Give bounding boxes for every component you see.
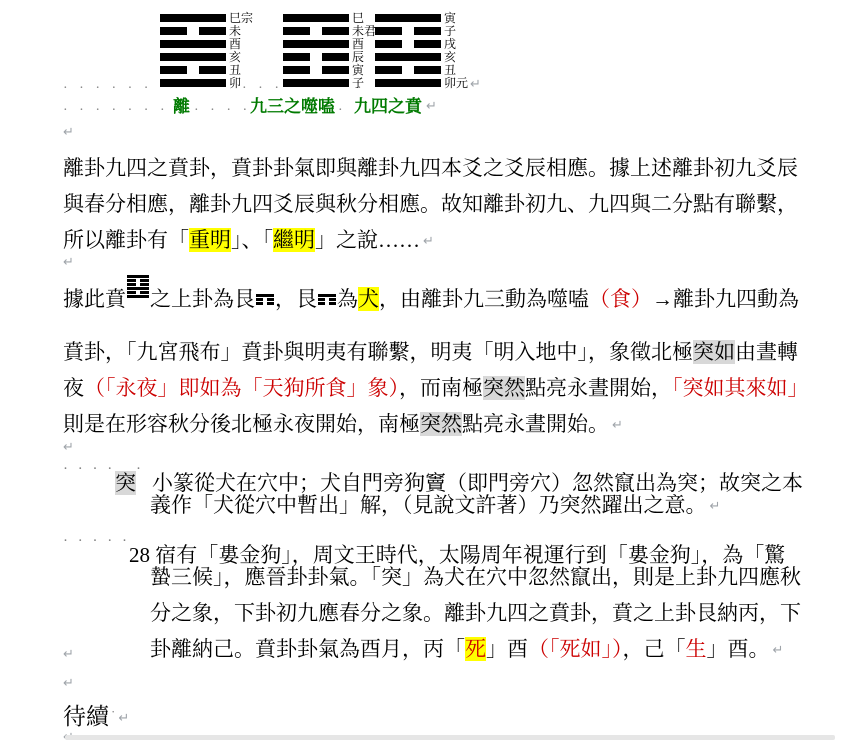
hexagram-line-label: 辰 [352,51,364,63]
text-run: 分之象，下卦初九應春分之象。離卦九四之賁卦，賁之上卦艮納丙，下 [150,601,801,625]
figure-caption: 九四之賁 [354,98,422,116]
glyph-row [127,275,149,278]
tab-leader-dots: · · · · · · · · · · · · · · · · · · · · [357,82,371,96]
hexagram-line-solid [160,14,226,22]
hexagram-line-solid [375,53,441,61]
page-bottom-edge [65,735,835,740]
text-run: 離卦九四之賁卦，賁卦卦氣即與離卦九四本爻之爻辰相應。據上述離卦初九爻辰 [63,156,798,180]
hexagram-line-broken [375,27,402,35]
hexagram-line-solid [375,79,441,87]
glyph-row [256,294,274,297]
glyph-row [127,283,149,286]
text-run: 」之說…… [315,228,420,252]
hexagram-line-label: 亥 [444,51,456,63]
tab-leader-dots: · · · · · · · · · · · · · · · · · · · · [63,82,155,96]
hexagram-line-label: 丑 [229,64,241,76]
hexagram-line-solid [375,14,441,22]
hexagram-line-broken [322,66,349,74]
text-run: 點亮永晝開始， [525,376,672,400]
hexagram-line-label: 酉 [229,38,241,50]
hexagram-line-broken [160,66,187,74]
text-run: 突然 [483,376,525,400]
hexagram-line-label: 寅 [352,64,364,76]
text-run: 待續 [63,704,109,729]
hexagram-line-label: 子 [444,25,456,37]
text-run: 繼明 [273,228,315,252]
hexagram-line-label: 酉 [352,38,364,50]
inline-trigram-gen-icon [256,294,274,305]
text-run: 突然 [420,412,462,436]
hexagram-line-label: 戌 [444,38,456,50]
figure-caption: 離 [173,98,190,116]
hexagram-line-label: 未 [229,25,241,37]
hexagram-line-solid [160,53,226,61]
hexagram-line-solid [283,79,349,87]
text-run: 所以離卦有「 [63,228,189,252]
glyph-row [127,287,149,290]
hexagram-line-broken [375,40,402,48]
text-run: ，而南極 [399,376,483,400]
hexagram-line-label: 巳宗 [229,12,253,24]
text-run: 則是在形容秋分後北極永夜開始，南極 [63,412,420,436]
hexagram-line-broken [322,27,349,35]
document-page[interactable]: 巳宗未酉亥丑卯離巳未君酉辰寅子九三之噬嗑寅子戌亥丑卯元九四之賁· · · · ·… [0,0,855,740]
pilcrow-icon: ↵ [710,499,721,514]
text-run: 蟄三候」，應晉卦卦氣。「突」為犬在穴中忽然竄出，則是上卦九四應秋 [150,565,801,589]
paragraph: · · · · · · · ·28 宿有「婁金狗」，周文王時代，太陽周年視運行到… [63,523,823,667]
text-run: 點亮永晝開始。 [462,412,609,436]
text-line: 分之象，下卦初九應春分之象。離卦九四之賁卦，賁之上卦艮納丙，下 [63,595,823,631]
paragraph: 離卦九四之賁卦，賁卦卦氣即與離卦九四本爻之爻辰相應。據上述離卦初九爻辰與春分相應… [63,150,823,258]
glyph-row [127,295,149,298]
hexagram-line-label: 寅 [444,12,456,24]
text-line: · · · · · · · ·28 宿有「婁金狗」，周文王時代，太陽周年視運行到… [63,523,823,559]
text-line: 夜（「永夜」即如為「天狗所食」象），而南極突然點亮永晝開始，「突如其來如」 [63,370,823,406]
hexagram-line-broken [283,27,310,35]
text-line: 離卦九四之賁卦，賁卦卦氣即與離卦九四本爻之爻辰相應。據上述離卦初九爻辰 [63,150,823,186]
text-run: （食） [589,287,652,311]
tab-leader-dots: · · · · · · · · · · · · · · · · · · · · [194,104,246,118]
text-run: ，艮 [275,287,317,311]
hexagram-line-solid [283,14,349,22]
text-run: 突 [115,471,136,495]
text-run: 之上卦為艮 [150,287,255,311]
hexagram-line-broken [283,53,310,61]
hexagram-line-label: 卯元 [444,77,468,89]
text-run: 「突如其來如」 [672,376,809,400]
hexagram-line-label: 亥 [229,51,241,63]
text-line: 蟄三候」，應晉卦卦氣。「突」為犬在穴中忽然竄出，則是上卦九四應秋 [63,559,823,595]
text-run: 卦離納己。賁卦卦氣為酉月，丙「 [150,637,465,661]
hexagram-line-broken [414,27,441,35]
text-run: 義作「犬從穴中暫出」解，（見說文許著）乃突然躍出之意。 [150,493,707,517]
glyph-row [256,302,274,305]
leader-dots: · · [136,451,152,487]
text-run: 為 [337,287,358,311]
hexagram-line-broken [160,27,187,35]
leader-dots: · · · · [63,451,115,487]
text-run: 生 [686,637,707,661]
empty-paragraph-mark: ↵ [63,126,74,139]
text-line: 則是在形容秋分後北極永夜開始，南極突然點亮永晝開始。↵ [63,406,823,442]
tab-leader-dots: · · · · · · · · · · · · · · · · · · · · [242,82,278,96]
text-run: 與春分相應，離卦九四爻辰與秋分相應。故知離卦初九、九四與二分點有聯繫， [63,192,798,216]
text-run: 夜 [63,376,84,400]
text-line: 卦離納己。賁卦卦氣為酉月，丙「死」酉（「死如」），己「生」酉。↵ [63,631,823,667]
pilcrow-icon: ↵ [773,643,784,658]
text-run: 」、「 [231,228,273,252]
hexagram-line-label: 未君 [352,25,376,37]
pilcrow-icon: ↵ [470,78,481,91]
figure-caption: 九三之噬嗑 [250,98,335,116]
hexagram-line-solid [160,40,226,48]
text-run: 犬 [358,287,379,311]
hexagram-line-solid [160,79,226,87]
inline-trigram-gen-icon [318,294,336,305]
text-run: 賁卦，「九宮飛布」賁卦與明夷有聯繫，明夷「明入地中」，象徵北極 [63,340,693,364]
hexagram-line-label: 巳 [352,12,364,24]
glyph-row [127,291,149,294]
hexagram-line-broken [199,27,226,35]
text-run: 據此賁 [63,287,126,311]
text-run: 死 [465,637,486,661]
text-run: 」酉。 [707,637,770,661]
hexagram-line-broken [375,66,402,74]
hexagram-line-broken [283,66,310,74]
pilcrow-icon: ↵ [423,234,434,249]
text-line: 賁卦，「九宮飛布」賁卦與明夷有聯繫，明夷「明入地中」，象徵北極突如由晝轉 [63,334,823,370]
empty-paragraph-mark: ↵ [63,648,74,661]
hexagram-line-label: 卯 [229,77,241,89]
tab-leader-dots: · · · · · · · · · · · · · · · · · · · · [63,104,169,118]
text-run: （「死如」） [528,637,623,661]
hexagram-line-broken [322,53,349,61]
text-line: 義作「犬從穴中暫出」解，（見說文許著）乃突然躍出之意。↵ [63,487,823,523]
glyph-row [256,298,274,301]
inline-hexagram-bi-icon [127,275,149,299]
text-run: ，由離卦九三動為噬嗑 [379,287,589,311]
glyph-row [318,294,336,297]
hexagram-line-broken [199,66,226,74]
pilcrow-icon: ↵ [118,711,129,726]
text-run: 」酉 [486,637,528,661]
hexagram-line-label: 丑 [444,64,456,76]
paragraph: · · · ·突· ·小篆從犬在穴中；犬自門旁狗竇（即門旁穴）忽然竄出為突；故突… [63,451,823,523]
empty-paragraph-mark: ↵ [63,677,74,690]
glyph-row [318,302,336,305]
pilcrow-icon: ↵ [426,100,437,113]
text-line: 與春分相應，離卦九四爻辰與秋分相應。故知離卦初九、九四與二分點有聯繫， [63,186,823,222]
text-run: · [111,704,115,719]
paragraph: 據此賁之上卦為艮，艮為犬，由離卦九三動為噬嗑（食）→離卦九四動為賁卦，「九宮飛布… [63,270,823,442]
text-run: （「永夜」即如為「天狗所食」象） [84,376,399,400]
glyph-row [318,298,336,301]
hexagram-line-broken [414,66,441,74]
text-line: 據此賁之上卦為艮，艮為犬，由離卦九三動為噬嗑（食）→離卦九四動為 [63,270,823,334]
tab-leader-dots: · · · · · · · · · · · · · · · · · · · · [338,104,352,118]
leader-dots: · · · · · · · · [63,523,129,559]
pilcrow-icon: ↵ [612,418,623,433]
text-run: 突如 [693,340,735,364]
text-line: 待續·↵ [63,692,823,728]
text-line: 所以離卦有「重明」、「繼明」之說……↵ [63,222,823,258]
text-run: 重明 [189,228,231,252]
text-line: · · · ·突· ·小篆從犬在穴中；犬自門旁狗竇（即門旁穴）忽然竄出為突；故突… [63,451,823,487]
text-run: →離卦九四動為 [652,287,799,311]
text-run: 由晝轉 [735,340,798,364]
glyph-row [127,279,149,282]
paragraph: 待續·↵ [63,692,823,728]
hexagram-line-broken [414,40,441,48]
hexagram-line-solid [283,40,349,48]
text-run: ，己「 [623,637,686,661]
empty-paragraph-mark: ↵ [63,256,74,269]
